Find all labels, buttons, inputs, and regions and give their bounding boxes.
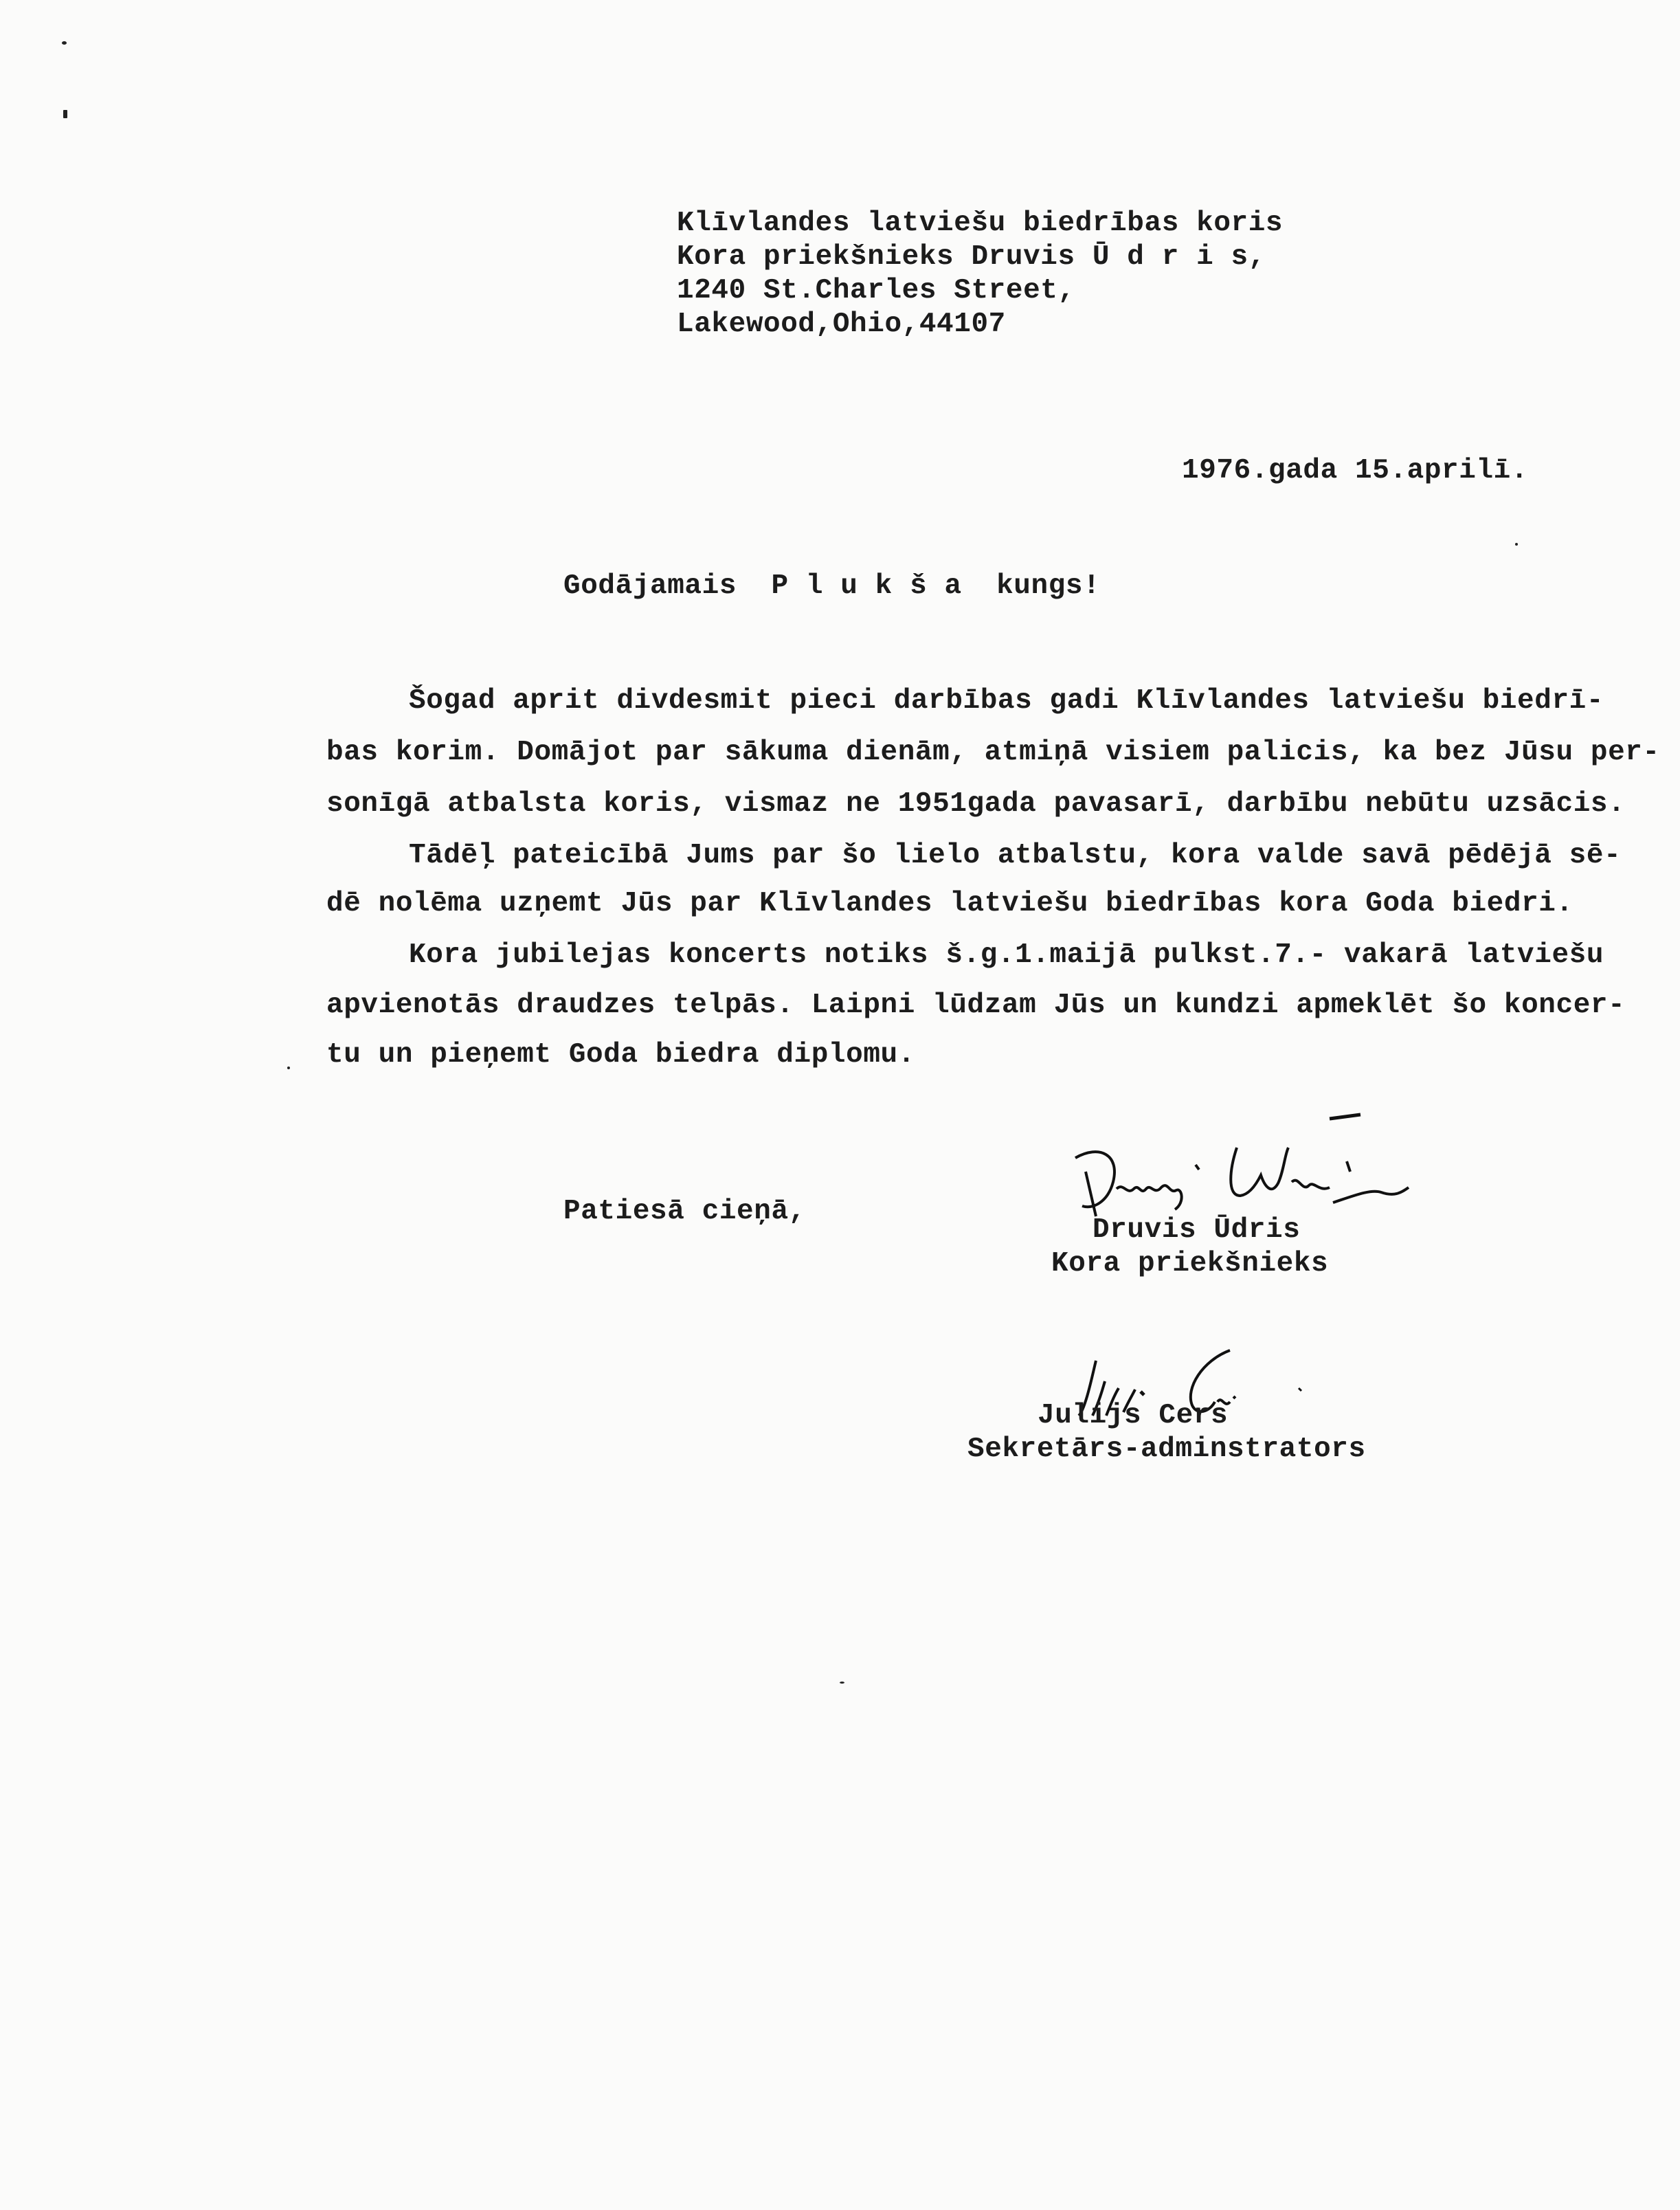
signatory-title: Sekretārs-adminstrators	[967, 1432, 1366, 1466]
letterhead-line: Klīvlandes latviešu biedrības koris	[677, 206, 1283, 241]
letterhead-line: Lakewood,Ohio,44107	[677, 307, 1006, 342]
body-line: Šogad aprit divdesmit pieci darbības gad…	[409, 684, 1604, 718]
body-line: apvienotās draudzes telpās. Laipni lūdza…	[326, 988, 1625, 1023]
body-line: bas korim. Domājot par sākuma dienām, at…	[326, 735, 1660, 770]
letterhead-line: Kora priekšnieks Druvis Ū d r i s,	[677, 240, 1266, 274]
signatory-name: Julijs Cers	[1038, 1398, 1228, 1433]
signatory-title: Kora priekšnieks	[1051, 1247, 1328, 1281]
letter-date: 1976.gada 15.aprilī.	[1182, 454, 1528, 488]
handwritten-signature	[1058, 1106, 1443, 1230]
letter-page: Klīvlandes latviešu biedrības koris Kora…	[0, 0, 1680, 2210]
closing: Patiesā cieņā,	[563, 1194, 806, 1229]
scan-speck	[840, 1682, 844, 1684]
body-line: dē nolēma uzņemt Jūs par Klīvlandes latv…	[326, 886, 1573, 921]
letterhead-line: 1240 St.Charles Street,	[677, 274, 1075, 308]
body-line: Tādēļ pateicībā Jums par šo lielo atbals…	[409, 838, 1621, 873]
scan-speck	[287, 1067, 290, 1069]
scan-speck	[1515, 543, 1518, 546]
signatory-name: Druvis Ūdris	[1093, 1213, 1300, 1247]
body-line: Kora jubilejas koncerts notiks š.g.1.mai…	[409, 938, 1604, 972]
body-line: tu un pieņemt Goda biedra diplomu.	[326, 1038, 915, 1072]
scan-speck	[62, 41, 67, 45]
salutation: Godājamais P l u k š a kungs!	[563, 569, 1100, 603]
body-line: sonīgā atbalsta koris, vismaz ne 1951gad…	[326, 787, 1625, 821]
scan-speck	[63, 110, 67, 118]
